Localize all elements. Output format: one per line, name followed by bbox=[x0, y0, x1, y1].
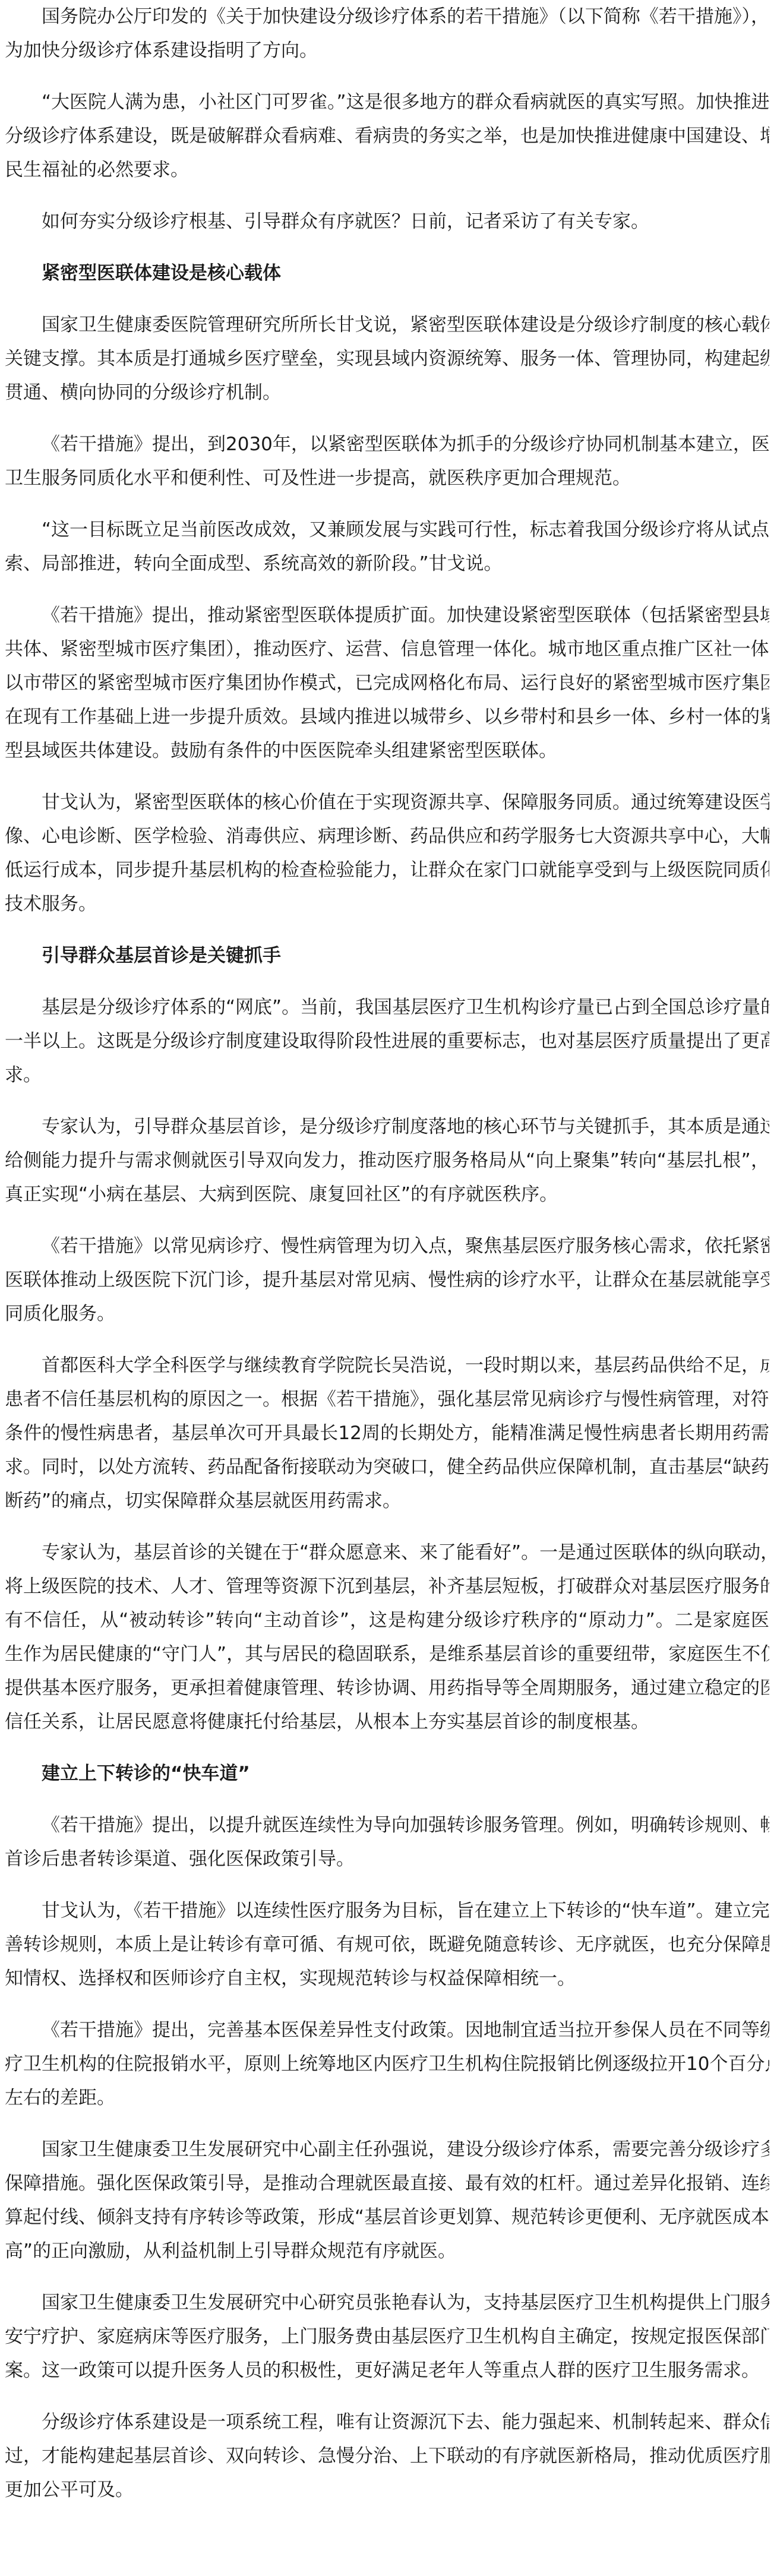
paragraph-line: 一半以上。这既是分级诊疗制度建设取得阶段性进展的重要标志，也对基层医疗质量提出了… bbox=[5, 1025, 769, 1058]
paragraph: 分级诊疗体系建设是一项系统工程，唯有让资源沉下去、能力强起来、机制转起来、群众信… bbox=[5, 2406, 769, 2507]
article-body: 国务院办公厅印发的《关于加快建设分级诊疗体系的若干措施》（以下简称《若干措施》）… bbox=[0, 0, 774, 2507]
section-heading: 引导群众基层首诊是关键抓手 bbox=[5, 939, 769, 973]
heading-text: 建立上下转诊的“快车道” bbox=[5, 1757, 769, 1791]
paragraph-line: 国家卫生健康委卫生发展研究中心研究员张艳春认为，支持基层医疗卫生机构提供上门服务… bbox=[5, 2286, 769, 2320]
paragraph-line: 分级诊疗体系建设是一项系统工程，唯有让资源沉下去、能力强起来、机制转起来、群众信… bbox=[5, 2406, 769, 2439]
paragraph-line: 算起付线、倾斜支持有序转诊等政策，形成“基层首诊更划算、规范转诊更便利、无序就医… bbox=[5, 2201, 769, 2234]
paragraph-line: 为加快分级诊疗体系建设指明了方向。 bbox=[5, 34, 769, 68]
paragraph-line: 同质化服务。 bbox=[5, 1297, 769, 1331]
paragraph-line: 像、心电诊断、医学检验、消毒供应、病理诊断、药品供应和药学服务七大资源共享中心，… bbox=[5, 820, 769, 854]
paragraph-line: 信任关系，让居民愿意将健康托付给基层，从根本上夯实基层首诊的制度根基。 bbox=[5, 1705, 769, 1739]
paragraph-line: 首都医科大学全科医学与继续教育学院院长吴浩说，一段时期以来，基层药品供给不足，成… bbox=[5, 1349, 769, 1383]
paragraph-line: 甘戈认为，紧密型医联体的核心价值在于实现资源共享、保障服务同质。通过统筹建设医学… bbox=[5, 786, 769, 820]
paragraph-line: 《若干措施》提出，以提升就医连续性为导向加强转诊服务管理。例如，明确转诊规则、畅… bbox=[5, 1809, 769, 1842]
paragraph-line: “这一目标既立足当前医改成效，又兼顾发展与实践可行性，标志着我国分级诊疗将从试点… bbox=[5, 513, 769, 547]
paragraph-line: 案。这一政策可以提升医务人员的积极性，更好满足老年人等重点人群的医疗卫生服务需求… bbox=[5, 2354, 769, 2388]
paragraph-line: 索、局部推进，转向全面成型、系统高效的新阶段。”甘戈说。 bbox=[5, 547, 769, 581]
paragraph-line: 国务院办公厅印发的《关于加快建设分级诊疗体系的若干措施》（以下简称《若干措施》）… bbox=[5, 0, 769, 34]
paragraph-line: 高”的正向激励，从利益机制上引导群众规范有序就医。 bbox=[5, 2234, 769, 2268]
section-heading: 紧密型医联体建设是核心载体 bbox=[5, 257, 769, 290]
paragraph-line: 以市带区的紧密型城市医疗集团协作模式，已完成网格化布局、运行良好的紧密型城市医疗… bbox=[5, 666, 769, 700]
paragraph: 《若干措施》提出，完善基本医保差异性支付政策。因地制宜适当拉开参保人员在不同等级… bbox=[5, 2014, 769, 2115]
paragraph-line: 知情权、选择权和医师诊疗自主权，实现规范转诊与权益保障相统一。 bbox=[5, 1962, 769, 1996]
paragraph-line: 国家卫生健康委卫生发展研究中心副主任孙强说，建设分级诊疗体系，需要完善分级诊疗多… bbox=[5, 2133, 769, 2167]
paragraph-line: 疗卫生机构的住院报销水平，原则上统筹地区内医疗卫生机构住院报销比例逐级拉开10个… bbox=[5, 2047, 769, 2081]
paragraph: 如何夯实分级诊疗根基、引导群众有序就医？日前，记者采访了有关专家。 bbox=[5, 205, 769, 239]
paragraph-line: 共体、紧密型城市医疗集团），推动医疗、运营、信息管理一体化。城市地区重点推广区社… bbox=[5, 633, 769, 666]
paragraph-line: 患者不信任基层机构的原因之一。根据《若干措施》，强化基层常见病诊疗与慢性病管理，… bbox=[5, 1383, 769, 1417]
paragraph-line: 断药”的痛点，切实保障群众基层就医用药需求。 bbox=[5, 1484, 769, 1518]
paragraph-line: 求。同时，以处方流转、药品配备衔接联动为突破口，健全药品供应保障机制，直击基层“… bbox=[5, 1450, 769, 1484]
paragraph-line: 给侧能力提升与需求侧就医引导双向发力，推动医疗服务格局从“向上聚集”转向“基层扎… bbox=[5, 1144, 769, 1178]
paragraph-line: 条件的慢性病患者，基层单次可开具最长12周的长期处方，能精准满足慢性病患者长期用… bbox=[5, 1417, 769, 1450]
paragraph: 《若干措施》提出，以提升就医连续性为导向加强转诊服务管理。例如，明确转诊规则、畅… bbox=[5, 1809, 769, 1876]
paragraph: 甘戈认为，《若干措施》以连续性医疗服务为目标，旨在建立上下转诊的“快车道”。建立… bbox=[5, 1894, 769, 1996]
paragraph-line: 如何夯实分级诊疗根基、引导群众有序就医？日前，记者采访了有关专家。 bbox=[5, 205, 769, 239]
paragraph-line: “大医院人满为患，小社区门可罗雀。”这是很多地方的群众看病就医的真实写照。加快推… bbox=[5, 86, 769, 119]
paragraph-line: 甘戈认为，《若干措施》以连续性医疗服务为目标，旨在建立上下转诊的“快车道”。建立… bbox=[5, 1894, 769, 1928]
paragraph-line: 关键支撑。其本质是打通城乡医疗壁垒，实现县域内资源统筹、服务一体、管理协同，构建… bbox=[5, 342, 769, 376]
paragraph-line: 在现有工作基础上进一步提升质效。县域内推进以城带乡、以乡带村和县乡一体、乡村一体… bbox=[5, 700, 769, 734]
paragraph-line: 更加公平可及。 bbox=[5, 2473, 769, 2507]
paragraph-line: 卫生服务同质化水平和便利性、可及性进一步提高，就医秩序更加合理规范。 bbox=[5, 462, 769, 495]
paragraph-line: 低运行成本，同步提升基层机构的检查检验能力，让群众在家门口就能享受到与上级医院同… bbox=[5, 854, 769, 887]
paragraph-line: 首诊后患者转诊渠道、强化医保政策引导。 bbox=[5, 1842, 769, 1876]
paragraph-line: 提供基本医疗服务，更承担着健康管理、转诊协调、用药指导等全周期服务，通过建立稳定… bbox=[5, 1671, 769, 1705]
paragraph-line: 基层是分级诊疗体系的“网底”。当前，我国基层医疗卫生机构诊疗量已占到全国总诊疗量… bbox=[5, 991, 769, 1025]
heading-text: 紧密型医联体建设是核心载体 bbox=[5, 257, 769, 290]
paragraph: 《若干措施》以常见病诊疗、慢性病管理为切入点，聚焦基层医疗服务核心需求，依托紧密… bbox=[5, 1229, 769, 1331]
paragraph: 《若干措施》提出，到2030年，以紧密型医联体为抓手的分级诊疗协同机制基本建立，… bbox=[5, 428, 769, 495]
paragraph-line: 生作为居民健康的“守门人”，其与居民的稳固联系，是维系基层首诊的重要纽带，家庭医… bbox=[5, 1638, 769, 1671]
paragraph: 国家卫生健康委卫生发展研究中心副主任孙强说，建设分级诊疗体系，需要完善分级诊疗多… bbox=[5, 2133, 769, 2268]
paragraph: 甘戈认为，紧密型医联体的核心价值在于实现资源共享、保障服务同质。通过统筹建设医学… bbox=[5, 786, 769, 921]
paragraph: 国家卫生健康委卫生发展研究中心研究员张艳春认为，支持基层医疗卫生机构提供上门服务… bbox=[5, 2286, 769, 2388]
paragraph-line: 善转诊规则，本质上是让转诊有章可循、有规可依，既避免随意转诊、无序就医，也充分保… bbox=[5, 1928, 769, 1962]
paragraph-line: 保障措施。强化医保政策引导，是推动合理就医最直接、最有效的杠杆。通过差异化报销、… bbox=[5, 2167, 769, 2201]
paragraph-line: 专家认为，基层首诊的关键在于“群众愿意来、来了能看好”。一是通过医联体的纵向联动… bbox=[5, 1536, 769, 1570]
paragraph-line: 将上级医院的技术、人才、管理等资源下沉到基层，补齐基层短板，打破群众对基层医疗服… bbox=[5, 1570, 769, 1604]
paragraph: 《若干措施》提出，推动紧密型医联体提质扩面。加快建设紧密型医联体（包括紧密型县域… bbox=[5, 599, 769, 768]
paragraph-line: 安宁疗护、家庭病床等医疗服务，上门服务费由基层医疗卫生机构自主确定，按规定报医保… bbox=[5, 2320, 769, 2354]
paragraph-line: 《若干措施》提出，推动紧密型医联体提质扩面。加快建设紧密型医联体（包括紧密型县域… bbox=[5, 599, 769, 633]
paragraph-line: 左右的差距。 bbox=[5, 2081, 769, 2115]
paragraph-line: 真正实现“小病在基层、大病到医院、康复回社区”的有序就医秩序。 bbox=[5, 1178, 769, 1212]
paragraph-line: 民生福祉的必然要求。 bbox=[5, 153, 769, 187]
paragraph-line: 技术服务。 bbox=[5, 887, 769, 921]
paragraph: 国务院办公厅印发的《关于加快建设分级诊疗体系的若干措施》（以下简称《若干措施》）… bbox=[5, 0, 769, 68]
paragraph: 国家卫生健康委医院管理研究所所长甘戈说，紧密型医联体建设是分级诊疗制度的核心载体… bbox=[5, 308, 769, 410]
paragraph-line: 国家卫生健康委医院管理研究所所长甘戈说，紧密型医联体建设是分级诊疗制度的核心载体… bbox=[5, 308, 769, 342]
paragraph-line: 过，才能构建起基层首诊、双向转诊、急慢分治、上下联动的有序就医新格局，推动优质医… bbox=[5, 2439, 769, 2473]
paragraph: “大医院人满为患，小社区门可罗雀。”这是很多地方的群众看病就医的真实写照。加快推… bbox=[5, 86, 769, 187]
paragraph-line: 《若干措施》以常见病诊疗、慢性病管理为切入点，聚焦基层医疗服务核心需求，依托紧密… bbox=[5, 1229, 769, 1263]
paragraph: 专家认为，基层首诊的关键在于“群众愿意来、来了能看好”。一是通过医联体的纵向联动… bbox=[5, 1536, 769, 1739]
paragraph: 首都医科大学全科医学与继续教育学院院长吴浩说，一段时期以来，基层药品供给不足，成… bbox=[5, 1349, 769, 1518]
paragraph-line: 求。 bbox=[5, 1058, 769, 1092]
paragraph-line: 医联体推动上级医院下沉门诊，提升基层对常见病、慢性病的诊疗水平，让群众在基层就能… bbox=[5, 1263, 769, 1297]
paragraph-line: 型县域医共体建设。鼓励有条件的中医医院牵头组建紧密型医联体。 bbox=[5, 734, 769, 768]
paragraph: 专家认为，引导群众基层首诊，是分级诊疗制度落地的核心环节与关键抓手，其本质是通过… bbox=[5, 1110, 769, 1212]
paragraph: “这一目标既立足当前医改成效，又兼顾发展与实践可行性，标志着我国分级诊疗将从试点… bbox=[5, 513, 769, 581]
paragraph-line: 专家认为，引导群众基层首诊，是分级诊疗制度落地的核心环节与关键抓手，其本质是通过… bbox=[5, 1110, 769, 1144]
section-heading: 建立上下转诊的“快车道” bbox=[5, 1757, 769, 1791]
paragraph: 基层是分级诊疗体系的“网底”。当前，我国基层医疗卫生机构诊疗量已占到全国总诊疗量… bbox=[5, 991, 769, 1092]
paragraph-line: 分级诊疗体系建设，既是破解群众看病难、看病贵的务实之举，也是加快推进健康中国建设… bbox=[5, 119, 769, 153]
paragraph-line: 有不信任，从“被动转诊”转向“主动首诊”，这是构建分级诊疗秩序的“原动力”。二是… bbox=[5, 1604, 769, 1638]
heading-text: 引导群众基层首诊是关键抓手 bbox=[5, 939, 769, 973]
paragraph-line: 《若干措施》提出，到2030年，以紧密型医联体为抓手的分级诊疗协同机制基本建立，… bbox=[5, 428, 769, 462]
paragraph-line: 贯通、横向协同的分级诊疗机制。 bbox=[5, 376, 769, 410]
paragraph-line: 《若干措施》提出，完善基本医保差异性支付政策。因地制宜适当拉开参保人员在不同等级… bbox=[5, 2014, 769, 2047]
